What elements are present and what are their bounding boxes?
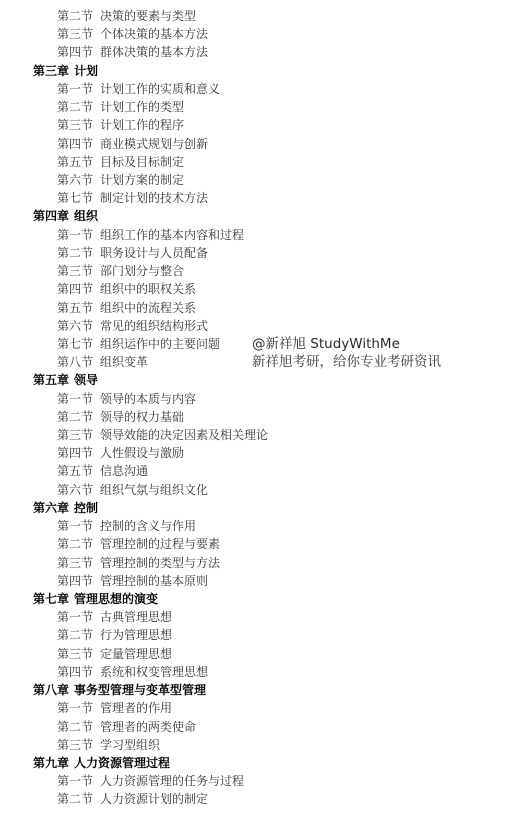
section-number: 第三节 [57,262,100,280]
section-title: 组织运作中的主要问题 [100,337,220,351]
section-number: 第四节 [57,43,100,61]
section-item: 第三节管理控制的类型与方法 [0,554,526,572]
section-item: 第二节行为管理思想 [0,626,526,644]
section-number: 第二节 [57,244,100,262]
section-number: 第四节 [57,280,100,298]
section-title: 组织中的职权关系 [100,282,196,296]
section-item: 第五节目标及目标制定 [0,153,526,171]
chapter-heading: 第六章控制 [0,499,526,517]
chapter-title: 事务型管理与变革型管理 [74,683,206,697]
section-title: 学习型组织 [100,738,160,752]
section-number: 第二节 [57,718,100,736]
section-title: 领导的权力基础 [100,410,184,424]
section-item: 第六节常见的组织结构形式 [0,317,526,335]
watermark-tagline: 新祥旭考研，给你专业考研资讯 [252,353,441,371]
section-title: 控制的含义与作用 [100,519,196,533]
section-item: 第四节人性假设与激励 [0,444,526,462]
section-number: 第七节 [57,335,100,353]
section-item: 第二节人力资源计划的制定 [0,790,526,808]
section-number: 第四节 [57,444,100,462]
chapter-title: 人力资源管理过程 [74,756,170,770]
section-number: 第三节 [57,116,100,134]
section-item: 第三节领导效能的决定因素及相关理论 [0,426,526,444]
section-title: 职务设计与人员配备 [100,246,208,260]
section-number: 第八节 [57,353,100,371]
chapter-heading: 第八章事务型管理与变革型管理 [0,681,526,699]
section-title: 行为管理思想 [100,628,172,642]
section-number: 第六节 [57,481,100,499]
section-title: 商业模式规划与创新 [100,137,208,151]
section-item: 第一节组织工作的基本内容和过程 [0,226,526,244]
section-title: 定量管理思想 [100,647,172,661]
section-number: 第二节 [57,7,100,25]
section-title: 计划工作的程序 [100,118,184,132]
section-item: 第五节组织中的流程关系 [0,299,526,317]
chapter-number: 第八章 [33,683,69,697]
chapter-heading: 第五章领导 [0,371,526,389]
section-title: 个体决策的基本方法 [100,27,208,41]
chapter-number: 第九章 [33,756,69,770]
section-title: 领导效能的决定因素及相关理论 [100,428,268,442]
section-item: 第一节古典管理思想 [0,608,526,626]
watermark-handle: @新祥旭 StudyWithMe [252,335,441,353]
section-title: 部门划分与整合 [100,264,184,278]
section-item: 第二节管理者的两类使命 [0,718,526,736]
section-item: 第六节计划方案的制定 [0,171,526,189]
section-title: 管理者的作用 [100,701,172,715]
section-number: 第六节 [57,317,100,335]
section-title: 目标及目标制定 [100,155,184,169]
section-number: 第二节 [57,790,100,808]
section-title: 管理控制的过程与要素 [100,537,220,551]
section-number: 第三节 [57,426,100,444]
chapter-heading: 第四章组织 [0,207,526,225]
section-number: 第四节 [57,663,100,681]
chapter-number: 第三章 [33,64,69,78]
section-item: 第六节组织气氛与组织文化 [0,481,526,499]
section-title: 信息沟通 [100,464,148,478]
section-title: 计划方案的制定 [100,173,184,187]
section-item: 第五节信息沟通 [0,462,526,480]
chapter-number: 第六章 [33,501,69,515]
section-title: 组织中的流程关系 [100,301,196,315]
section-title: 组织工作的基本内容和过程 [100,228,244,242]
section-number: 第二节 [57,98,100,116]
section-title: 制定计划的技术方法 [100,191,208,205]
section-title: 领导的本质与内容 [100,392,196,406]
section-number: 第三节 [57,554,100,572]
section-item: 第二节决策的要素与类型 [0,7,526,25]
section-item: 第一节计划工作的实质和意义 [0,80,526,98]
section-number: 第五节 [57,153,100,171]
section-item: 第四节组织中的职权关系 [0,280,526,298]
section-item: 第一节管理者的作用 [0,699,526,717]
section-number: 第五节 [57,299,100,317]
chapter-heading: 第三章计划 [0,62,526,80]
section-number: 第一节 [57,226,100,244]
section-title: 人力资源管理的任务与过程 [100,774,244,788]
section-item: 第四节群体决策的基本方法 [0,43,526,61]
section-number: 第一节 [57,517,100,535]
chapter-title: 计划 [74,64,98,78]
section-item: 第一节人力资源管理的任务与过程 [0,772,526,790]
section-number: 第四节 [57,572,100,590]
watermark: @新祥旭 StudyWithMe 新祥旭考研，给你专业考研资讯 [252,335,441,371]
section-item: 第二节职务设计与人员配备 [0,244,526,262]
section-item: 第二节领导的权力基础 [0,408,526,426]
section-title: 系统和权变管理思想 [100,665,208,679]
section-item: 第四节系统和权变管理思想 [0,663,526,681]
section-number: 第三节 [57,645,100,663]
section-number: 第五节 [57,462,100,480]
section-title: 常见的组织结构形式 [100,319,208,333]
chapter-title: 控制 [74,501,98,515]
section-number: 第一节 [57,80,100,98]
section-title: 古典管理思想 [100,610,172,624]
section-number: 第一节 [57,608,100,626]
chapter-title: 管理思想的演变 [74,592,158,606]
section-item: 第二节计划工作的类型 [0,98,526,116]
section-title: 组织变革 [100,355,148,369]
section-item: 第三节个体决策的基本方法 [0,25,526,43]
table-of-contents: 第二节决策的要素与类型第三节个体决策的基本方法第四节群体决策的基本方法第三章计划… [0,7,526,809]
section-title: 决策的要素与类型 [100,9,196,23]
section-item: 第七节制定计划的技术方法 [0,189,526,207]
section-number: 第七节 [57,189,100,207]
chapter-title: 组织 [74,209,98,223]
section-title: 管理控制的类型与方法 [100,556,220,570]
section-title: 计划工作的实质和意义 [100,82,220,96]
section-item: 第三节部门划分与整合 [0,262,526,280]
section-number: 第三节 [57,736,100,754]
section-item: 第二节管理控制的过程与要素 [0,535,526,553]
section-item: 第四节商业模式规划与创新 [0,135,526,153]
section-item: 第一节领导的本质与内容 [0,390,526,408]
section-number: 第二节 [57,535,100,553]
section-item: 第四节管理控制的基本原则 [0,572,526,590]
section-title: 群体决策的基本方法 [100,45,208,59]
section-number: 第三节 [57,25,100,43]
section-item: 第三节计划工作的程序 [0,116,526,134]
section-number: 第二节 [57,408,100,426]
section-item: 第一节控制的含义与作用 [0,517,526,535]
section-title: 人力资源计划的制定 [100,792,208,806]
chapter-title: 领导 [74,373,98,387]
section-title: 管理控制的基本原则 [100,574,208,588]
section-title: 组织气氛与组织文化 [100,483,208,497]
section-item: 第三节定量管理思想 [0,645,526,663]
section-number: 第一节 [57,772,100,790]
section-number: 第四节 [57,135,100,153]
section-number: 第一节 [57,699,100,717]
section-title: 管理者的两类使命 [100,720,196,734]
chapter-heading: 第七章管理思想的演变 [0,590,526,608]
chapter-heading: 第九章人力资源管理过程 [0,754,526,772]
section-number: 第二节 [57,626,100,644]
chapter-number: 第五章 [33,373,69,387]
section-number: 第六节 [57,171,100,189]
section-title: 计划工作的类型 [100,100,184,114]
chapter-number: 第四章 [33,209,69,223]
chapter-number: 第七章 [33,592,69,606]
section-number: 第一节 [57,390,100,408]
section-item: 第三节学习型组织 [0,736,526,754]
section-title: 人性假设与激励 [100,446,184,460]
